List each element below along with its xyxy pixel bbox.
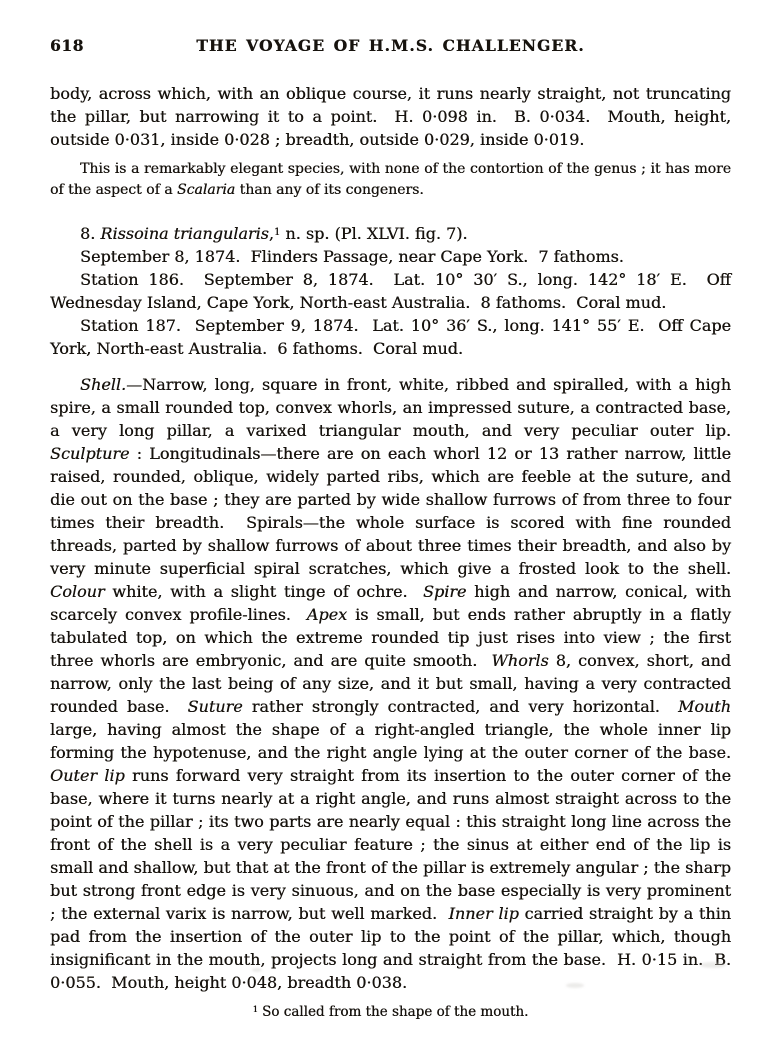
text-run: Station 186. September 8, 1874. Lat. 10°… xyxy=(50,270,736,312)
text-run: Station 187. September 9, 1874. Lat. 10°… xyxy=(50,316,736,358)
italic-run: Suture xyxy=(188,697,243,716)
italic-run: Shell. xyxy=(80,375,126,394)
paragraph-shell-description: Shell.—Narrow, long, square in front, wh… xyxy=(50,373,731,994)
paragraph-locality-flinders: September 8, 1874. Flinders Passage, nea… xyxy=(50,245,731,268)
italic-run: Scalaria xyxy=(177,182,235,198)
scan-smudge xyxy=(566,983,584,988)
text-run: 8. xyxy=(80,224,100,243)
text-run: —Narrow, long, square in front, white, r… xyxy=(50,375,741,440)
running-title: THE VOYAGE OF H.M.S. CHALLENGER. xyxy=(50,36,731,55)
text-run: white, with a slight tinge of ochre. xyxy=(105,582,423,601)
italic-run: Inner lip xyxy=(449,904,519,923)
italic-run: Spire xyxy=(423,582,466,601)
text-run: n. sp. (Pl. XLVI. fig. 7). xyxy=(280,224,467,243)
page-number: 618 xyxy=(50,36,84,55)
page-header: 618 THE VOYAGE OF H.M.S. CHALLENGER. xyxy=(50,36,731,56)
text-run: rather strongly contracted, and very hor… xyxy=(243,697,678,716)
italic-run: Sculpture xyxy=(50,444,129,463)
scan-smudge xyxy=(700,962,726,968)
text-run: : Longitudinals—there are on each whorl … xyxy=(50,444,741,578)
text-run: body, across which, with an oblique cour… xyxy=(50,84,736,149)
paragraph-station-187: Station 187. September 9, 1874. Lat. 10°… xyxy=(50,314,731,360)
superscript-marker: 1 xyxy=(274,227,280,238)
book-page: 618 THE VOYAGE OF H.M.S. CHALLENGER. bod… xyxy=(0,0,776,1050)
italic-run: Colour xyxy=(50,582,105,601)
footnote-marker: 1 xyxy=(253,1004,258,1014)
species-heading: 8. Rissoina triangularis,1 n. sp. (Pl. X… xyxy=(50,222,731,245)
italic-run: Whorls xyxy=(491,651,548,670)
italic-run: Rissoina triangularis xyxy=(100,224,268,243)
text-run: runs forward very straight from its inse… xyxy=(50,766,736,923)
text-run: than any of its congeners. xyxy=(235,182,424,198)
italic-run: Apex xyxy=(307,605,347,624)
text-run: September 8, 1874. Flinders Passage, nea… xyxy=(80,247,624,266)
paragraph-station-186: Station 186. September 8, 1874. Lat. 10°… xyxy=(50,268,731,314)
footnote: 1So called from the shape of the mouth. xyxy=(50,1003,731,1022)
page-body: body, across which, with an oblique cour… xyxy=(50,82,731,994)
italic-run: Mouth xyxy=(678,697,731,716)
paragraph-measurements-continuation: body, across which, with an oblique cour… xyxy=(50,82,731,151)
footnote-text: So called from the shape of the mouth. xyxy=(262,1004,528,1020)
italic-run: Outer lip xyxy=(50,766,125,785)
paragraph-species-remark: This is a remarkably elegant species, wi… xyxy=(50,159,731,201)
scan-smudge xyxy=(252,968,262,972)
